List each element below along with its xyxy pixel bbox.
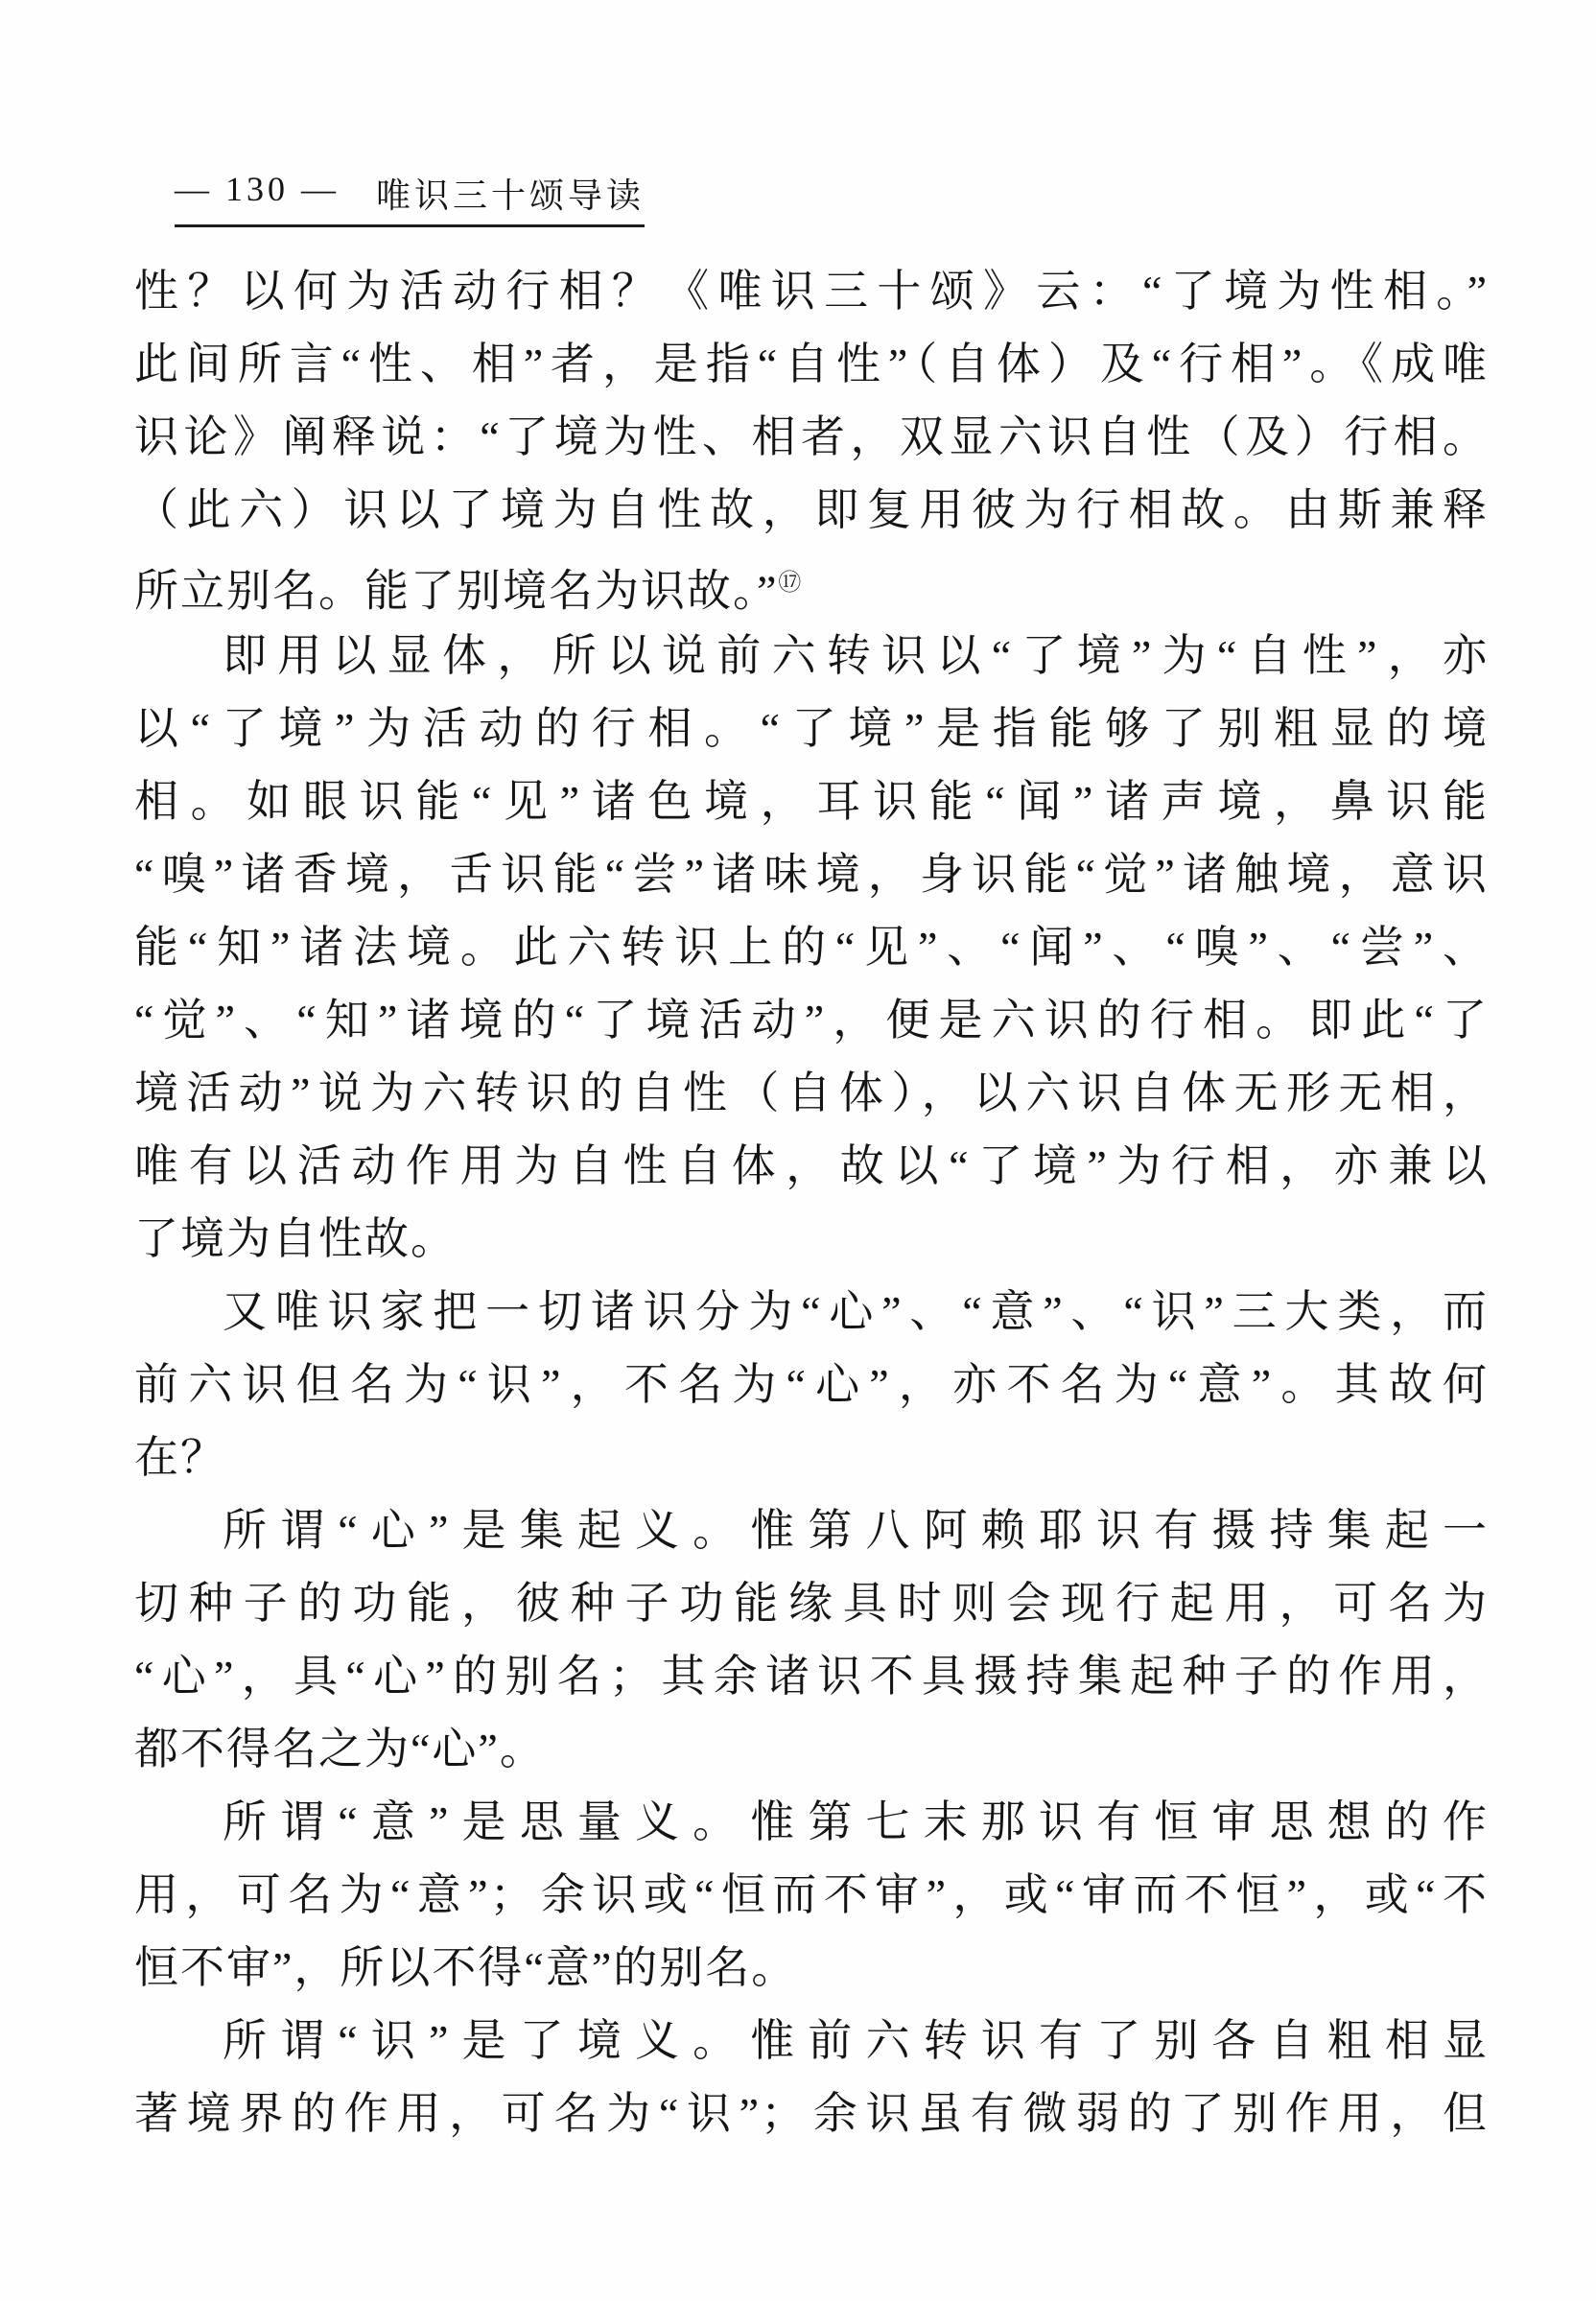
text-line: 所谓“识”是了境义。惟前六转识有了别各自粗相显 <box>134 2005 1489 2078</box>
footnote-marker: ⑰ <box>778 571 801 596</box>
text-line: 所谓“意”是思量义。惟第七末那识有恒审思想的作 <box>134 1786 1489 1859</box>
text-line: 相。如眼识能“见”诸色境，耳识能“闻”诸声境，鼻识能 <box>134 765 1489 838</box>
text-line: 性？以何为活动行相？《唯识三十颂》云：“了境为性相。” <box>134 255 1489 328</box>
text-line: 都不得名之为“心”。 <box>134 1713 1489 1786</box>
text-segment: 所立别名。能了别境名为识故。” <box>134 566 778 615</box>
text-line: 恒不审”，所以不得“意”的别名。 <box>134 1932 1489 2005</box>
text-line: 识论》阐释说：“了境为性、相者，双显六识自性（及）行相。 <box>134 401 1489 474</box>
text-line: 境活动”说为六转识的自性（自体），以六识自体无形无相， <box>134 1057 1489 1130</box>
text-line: 用，可名为“意”；余识或“恒而不审”，或“审而不恒”，或“不 <box>134 1859 1489 1932</box>
text-line: 在？ <box>134 1421 1489 1494</box>
running-head: — 130 — 唯识三十颂导读 <box>175 169 645 227</box>
text-line: 唯有以活动作用为自性自体，故以“了境”为行相，亦兼以 <box>134 1130 1489 1203</box>
text-line: 前六识但名为“识”，不名为“心”，亦不名为“意”。其故何 <box>134 1349 1489 1421</box>
text-line: 能“知”诸法境。此六转识上的“见”、“闻”、“嗅”、“尝”、 <box>134 911 1489 984</box>
text-line: “觉”、“知”诸境的“了境活动”，便是六识的行相。即此“了 <box>134 984 1489 1057</box>
book-title: 唯识三十颂导读 <box>376 169 645 218</box>
body-text: 性？以何为活动行相？《唯识三十颂》云：“了境为性相。” 此间所言“性、相”者，是… <box>134 255 1489 2150</box>
text-line: 切种子的功能，彼种子功能缘具时则会现行起用，可名为 <box>134 1567 1489 1640</box>
text-line: “嗅”诸香境，舌识能“尝”诸味境，身识能“觉”诸触境，意识 <box>134 838 1489 911</box>
text-line: 著境界的作用，可名为“识”；余识虽有微弱的了别作用，但 <box>134 2078 1489 2150</box>
text-line: 即用以显体，所以说前六转识以“了境”为“自性”，亦 <box>134 620 1489 693</box>
text-line: “心”，具“心”的别名；其余诸识不具摄持集起种子的作用， <box>134 1640 1489 1713</box>
text-line: 又唯识家把一切诸识分为“心”、“意”、“识”三大类，而 <box>134 1276 1489 1349</box>
book-page: — 130 — 唯识三十颂导读 性？以何为活动行相？《唯识三十颂》云：“了境为性… <box>0 0 1596 2301</box>
text-line: 以“了境”为活动的行相。“了境”是指能够了别粗显的境 <box>134 693 1489 765</box>
text-line: （此六）识以了境为自性故，即复用彼为行相故。由斯兼释 <box>134 474 1489 547</box>
text-line: 了境为自性故。 <box>134 1203 1489 1276</box>
text-line: 此间所言“性、相”者，是指“自性”（自体）及“行相”。《成唯 <box>134 328 1489 401</box>
text-line: 所谓“心”是集起义。惟第八阿赖耶识有摄持集起一 <box>134 1494 1489 1567</box>
page-number: — 130 — <box>175 169 340 218</box>
text-line: 所立别名。能了别境名为识故。”⑰ <box>134 547 1489 620</box>
